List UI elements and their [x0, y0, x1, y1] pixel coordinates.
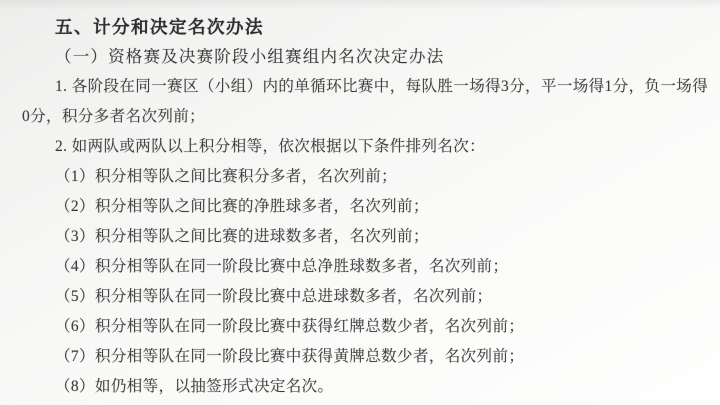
- section-heading: （一）资格赛及决赛阶段小组赛组内名次决定办法: [22, 42, 702, 72]
- document-title: 五、计分和决定名次办法: [22, 12, 702, 42]
- rule-2-item-2: （2）积分相等队之间比赛的净胜球多者，名次列前；: [22, 192, 702, 222]
- rule-2-item-6: （6）积分相等队在同一阶段比赛中获得红牌总数少者，名次列前；: [22, 312, 702, 342]
- document-body: 五、计分和决定名次办法 （一）资格赛及决赛阶段小组赛组内名次决定办法 1. 各阶…: [0, 0, 720, 402]
- rule-1-line-1: 1. 各阶段在同一赛区（小组）内的单循环比赛中，每队胜一场得3分，平一场得1分，…: [22, 72, 702, 102]
- scanned-document-page: 五、计分和决定名次办法 （一）资格赛及决赛阶段小组赛组内名次决定办法 1. 各阶…: [0, 0, 720, 405]
- rule-2-item-4: （4）积分相等队在同一阶段比赛中总净胜球数多者，名次列前；: [22, 252, 702, 282]
- rule-2-item-8: （8）如仍相等，以抽签形式决定名次。: [22, 372, 702, 402]
- rule-2-item-1: （1）积分相等队之间比赛积分多者，名次列前；: [22, 162, 702, 192]
- rule-2-item-5: （5）积分相等队在同一阶段比赛中总进球数多者，名次列前；: [22, 282, 702, 312]
- rule-2-item-7: （7）积分相等队在同一阶段比赛中获得黄牌总数少者，名次列前；: [22, 342, 702, 372]
- rule-2-intro: 2. 如两队或两队以上积分相等，依次根据以下条件排列名次：: [22, 132, 702, 162]
- rule-1-line-2: 0分，积分多者名次列前；: [22, 102, 702, 132]
- rule-2-item-3: （3）积分相等队之间比赛的进球数多者，名次列前；: [22, 222, 702, 252]
